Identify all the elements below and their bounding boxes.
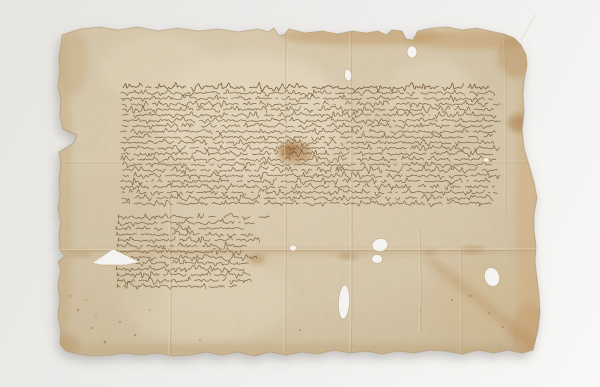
speckle <box>134 334 136 336</box>
capital-tick <box>117 244 118 248</box>
capital-tick <box>116 267 117 271</box>
hole <box>483 158 489 162</box>
capital-tick <box>117 272 118 276</box>
stain <box>52 335 80 355</box>
speckle <box>77 309 79 311</box>
dust-particles <box>513 14 536 40</box>
speckle <box>451 299 453 301</box>
crease-highlight <box>60 161 528 162</box>
crease-line <box>60 163 528 164</box>
crease-line <box>59 251 536 252</box>
stain <box>508 114 530 132</box>
speckle <box>239 319 241 321</box>
capital-tick <box>117 232 118 236</box>
stain <box>68 252 92 257</box>
speckle <box>149 309 151 311</box>
speckle <box>199 339 201 341</box>
dust-fiber <box>521 14 536 40</box>
capital-tick <box>118 238 119 242</box>
photo-background: Photograph of an antique handwritten cha… <box>0 0 600 387</box>
capital-tick <box>117 284 118 288</box>
speckle <box>91 327 93 329</box>
speckle <box>69 295 71 297</box>
stain <box>248 254 266 264</box>
hole <box>372 255 383 264</box>
speckle <box>95 315 96 316</box>
speckle <box>119 321 121 323</box>
stain <box>338 254 358 259</box>
capital-tick <box>118 278 119 282</box>
crease-highlight <box>59 249 536 250</box>
capital-tick <box>116 226 117 230</box>
speckle <box>104 341 107 344</box>
speckle <box>85 299 87 301</box>
stain <box>56 30 88 94</box>
hole <box>407 46 417 58</box>
capital-tick <box>118 220 119 224</box>
hole <box>290 245 297 251</box>
speckle <box>299 329 301 331</box>
stain <box>60 343 540 357</box>
capital-tick <box>118 215 119 219</box>
manuscript-photo: manuscript charter on vellum <box>0 0 600 387</box>
